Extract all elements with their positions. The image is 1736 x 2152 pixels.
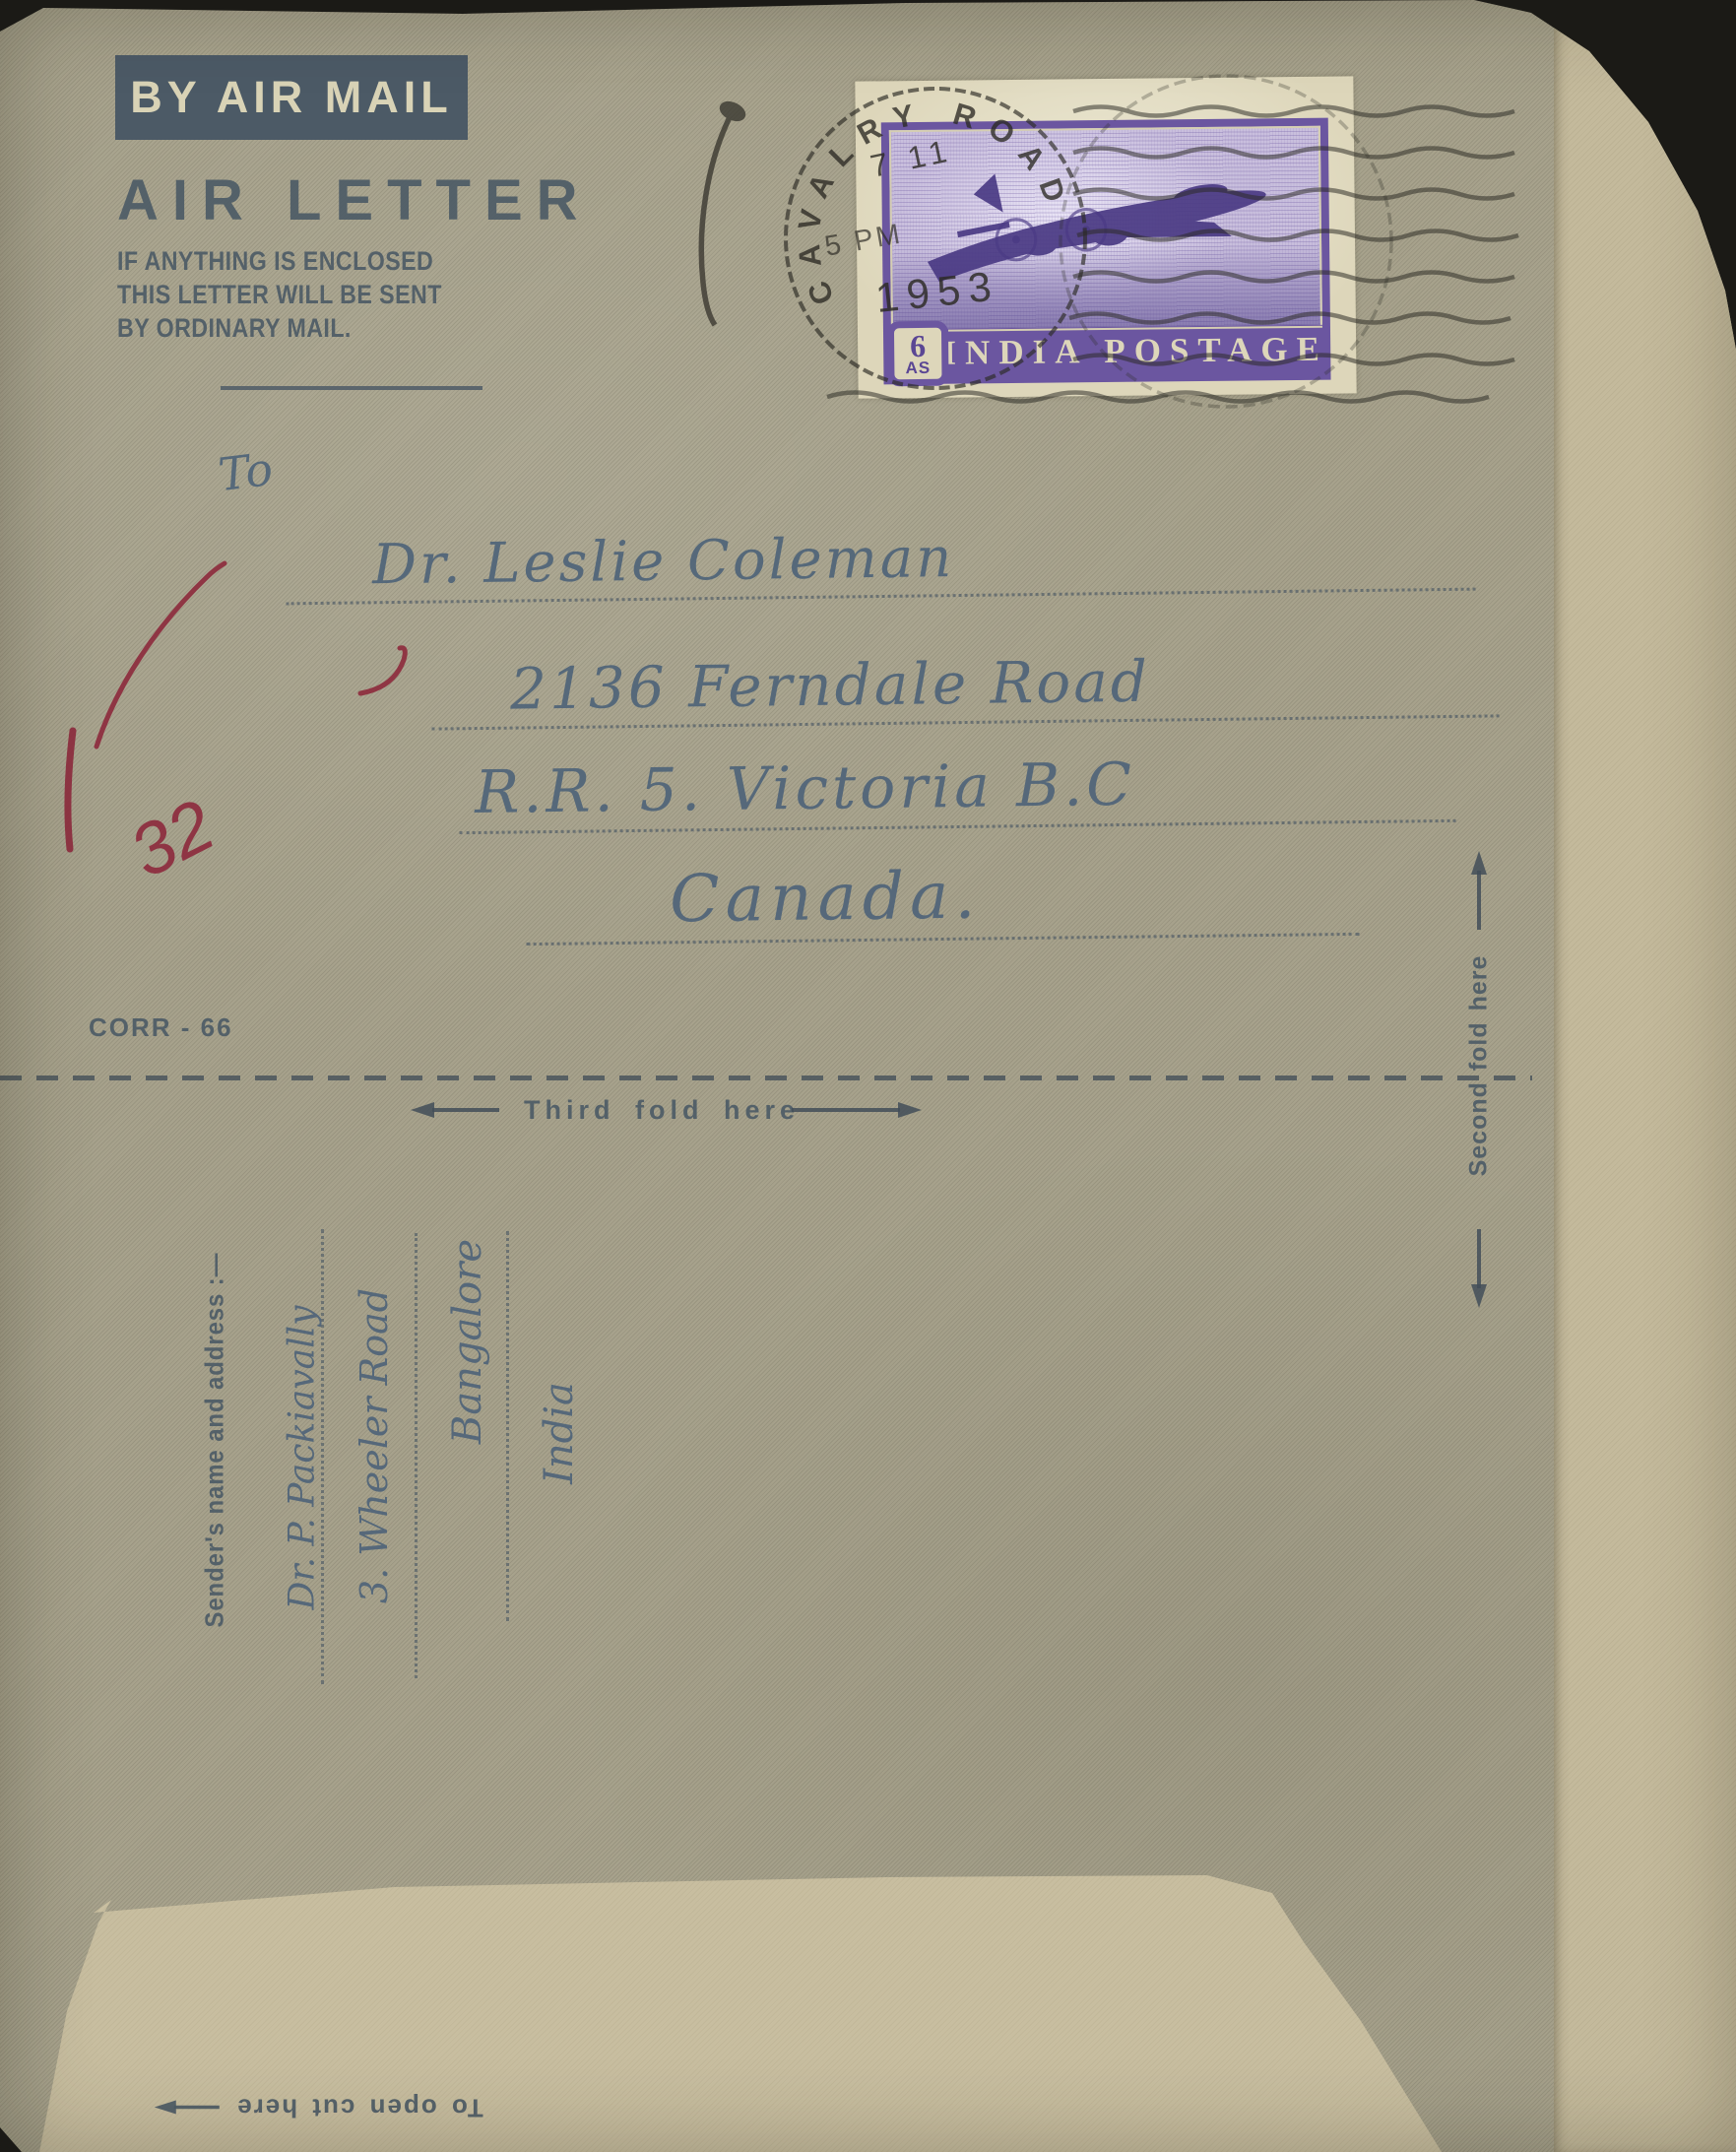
- postmark-time: 5 PM: [822, 218, 905, 262]
- form-number: CORR - 66: [89, 1012, 233, 1043]
- recipient-address-line: Canada.: [670, 858, 982, 938]
- open-cut-instruction: To open cut here: [153, 2093, 483, 2123]
- right-arrow-icon: [788, 1099, 926, 1121]
- third-fold-line: [0, 1076, 1532, 1080]
- enclosure-notice: IF ANYTHING IS ENCLOSED THIS LETTER WILL…: [117, 244, 442, 345]
- address-dotted-line: 2136 Ferndale Road: [430, 620, 1499, 730]
- sender-line: Dr. P. Packiavally: [283, 1305, 323, 1609]
- rate-marking: 32: [39, 548, 463, 912]
- sender-dotted-line: [506, 1231, 509, 1621]
- sender-label: Sender's name and address :—: [200, 1252, 230, 1627]
- ink-smudge: [701, 98, 748, 325]
- side-flap-strip: [1554, 0, 1736, 2152]
- notice-line: BY ORDINARY MAIL.: [117, 311, 442, 345]
- address-dotted-line: Dr. Leslie Coleman: [285, 493, 1475, 606]
- rate-value: 32: [117, 784, 226, 893]
- postmark-year: 1953: [873, 262, 1001, 321]
- to-label: To: [216, 442, 276, 501]
- notice-line: THIS LETTER WILL BE SENT: [117, 278, 442, 311]
- address-dotted-line: R.R. 5. Victoria B.C: [458, 725, 1455, 834]
- by-air-mail-banner: BY AIR MAIL: [115, 55, 468, 140]
- recipient-address-line: 2136 Ferndale Road: [510, 648, 1151, 723]
- air-letter-title: AIR LETTER: [117, 167, 592, 233]
- divider-rule: [221, 386, 482, 390]
- down-arrow-icon: [1466, 1225, 1492, 1312]
- sender-dotted-line: [415, 1233, 418, 1678]
- open-cut-label: To open cut here: [235, 2093, 483, 2123]
- notice-line: IF ANYTHING IS ENCLOSED: [117, 244, 442, 278]
- scan-background: BY AIR MAIL AIR LETTER IF ANYTHING IS EN…: [0, 0, 1736, 2152]
- up-arrow-icon: [1466, 847, 1492, 934]
- by-air-mail-label: BY AIR MAIL: [130, 72, 453, 123]
- left-arrow-icon: [407, 1099, 501, 1121]
- postmark: CAVALRY ROAD 7 11 5 PM 1953: [679, 54, 1497, 448]
- aerogramme: BY AIR MAIL AIR LETTER IF ANYTHING IS EN…: [0, 0, 1736, 2152]
- open-cut-arrow-icon: [153, 2099, 222, 2117]
- third-fold-label: Third fold here: [524, 1095, 800, 1126]
- address-dotted-line: Canada.: [525, 836, 1359, 946]
- second-fold-label: Second fold here: [1465, 955, 1494, 1177]
- recipient-address-line: R.R. 5. Victoria B.C: [475, 750, 1136, 827]
- sender-line: India: [537, 1382, 582, 1484]
- sender-line: 3. Wheeler Road: [353, 1288, 396, 1603]
- sender-line: Bangalore: [445, 1239, 490, 1444]
